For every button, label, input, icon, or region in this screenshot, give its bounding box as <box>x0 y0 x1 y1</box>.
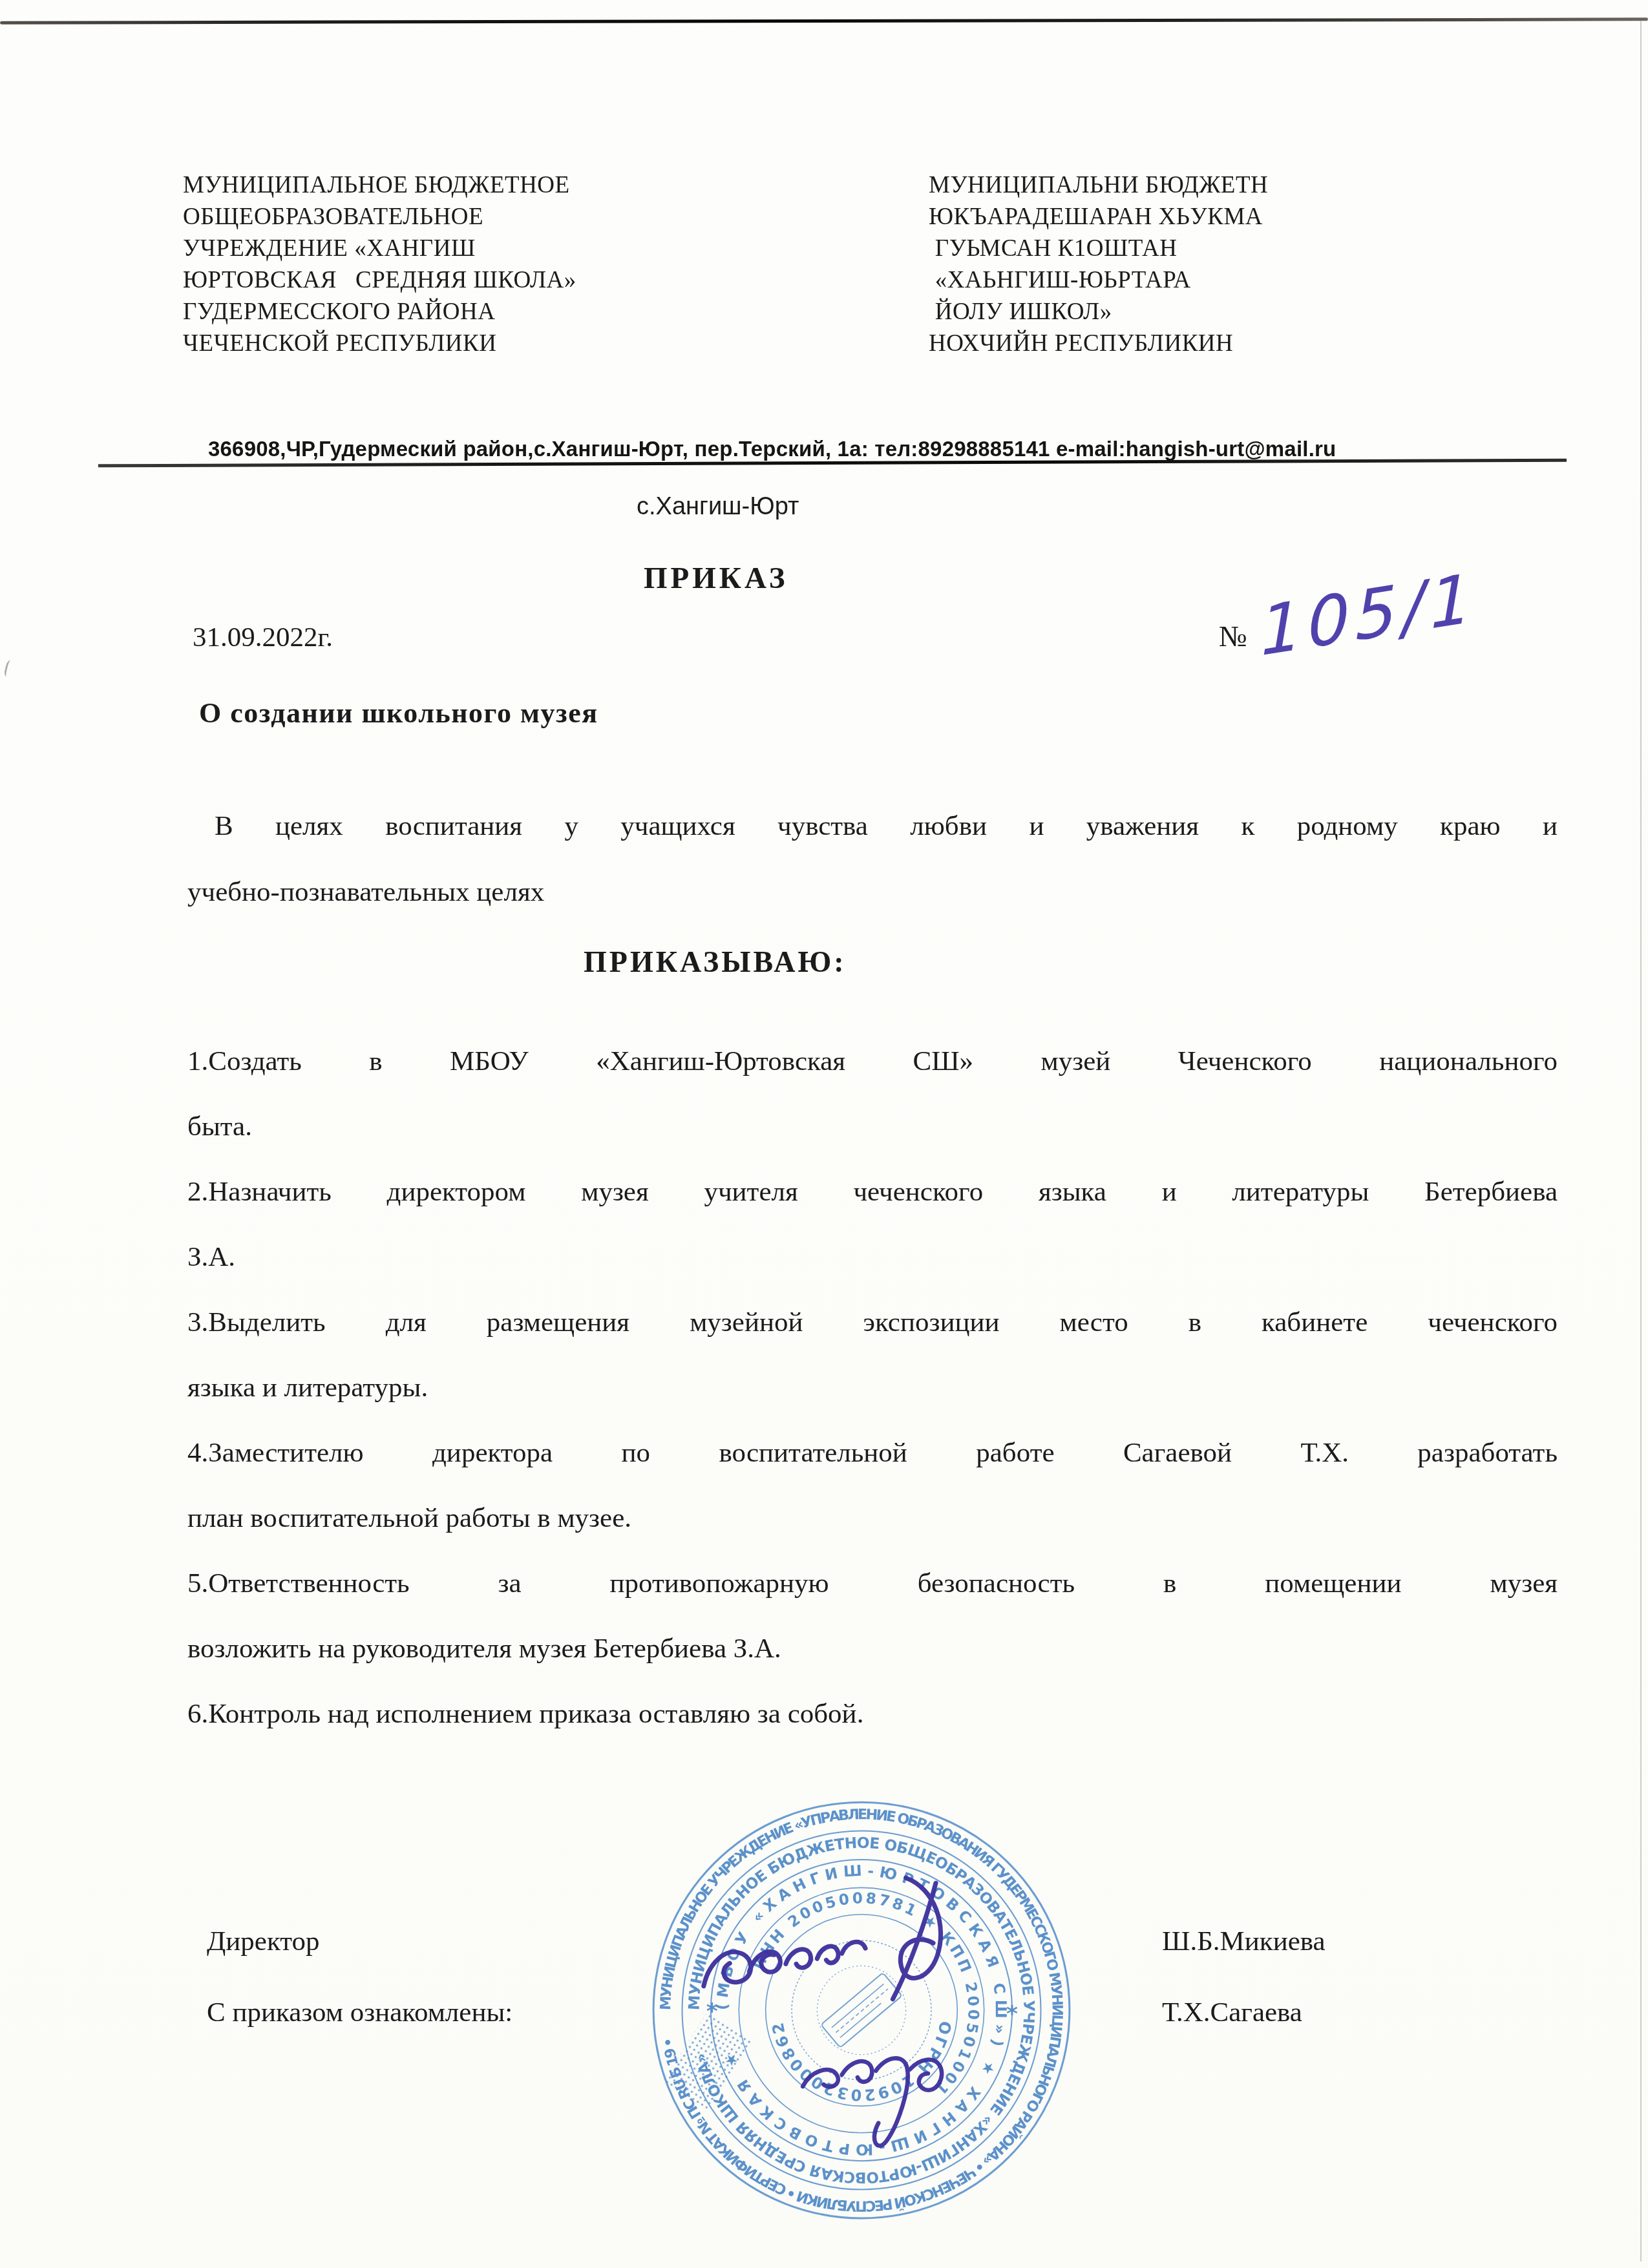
org-right-line-1: МУНИЦИПАЛЬНИ БЮДЖЕТН <box>929 169 1497 201</box>
org-left-line-1: МУНИЦИПАЛЬНОЕ БЮДЖЕТНОЕ <box>183 169 674 201</box>
resolve-word: ПРИКАЗЫВАЮ: <box>584 945 847 979</box>
stamp-ring-inn-text: ИНН 2005008781 ★ КПП 200501001 <box>750 1889 982 2099</box>
scan-artifact-right-edge-line <box>1640 21 1642 2262</box>
org-right-line-6: НОХЧИЙН РЕСПУБЛИКИН <box>929 328 1497 359</box>
org-name-chechen: МУНИЦИПАЛЬНИ БЮДЖЕТН ЮКЪАРАДЕШАРАН ХЬУКМ… <box>929 169 1497 359</box>
acknowledged-name: Т.Х.Сагаева <box>1162 1997 1302 2028</box>
address-contact-line: 366908,ЧР,Гудермеский район,с.Хангиш-Юрт… <box>208 437 1539 461</box>
org-name-russian: МУНИЦИПАЛЬНОЕ БЮДЖЕТНОЕ ОБЩЕОБРАЗОВАТЕЛЬ… <box>183 169 674 359</box>
svg-text:ИНН 2005008781 ★ КПП 200501001: ИНН 2005008781 ★ КПП 200501001 <box>750 1889 982 2099</box>
org-left-line-6: ЧЕЧЕНСКОЙ РЕСПУБЛИКИ <box>183 328 674 359</box>
stamp-center-emblem <box>821 1973 902 2048</box>
item-4-line-2: план воспитательной работы в музее. <box>187 1486 1558 1551</box>
item-5-line-2: возложить на руководителя музея Бетербие… <box>187 1616 1558 1681</box>
item-2-line-2: З.А. <box>187 1224 1558 1290</box>
number-sign: № <box>1219 619 1247 653</box>
scan-artifact-mark <box>3 660 16 678</box>
org-left-line-2: ОБЩЕОБРАЗОВАТЕЛЬНОЕ <box>183 201 674 233</box>
org-left-line-3: УЧРЕЖДЕНИЕ «ХАНГИШ <box>183 233 674 264</box>
item-4-line-1: 4.Заместителю директора по воспитательно… <box>187 1420 1558 1486</box>
preamble-line-2: учебно-познавательных целях <box>187 859 1558 925</box>
item-1-line-2: быта. <box>187 1094 1558 1159</box>
order-items-list: 1.Создать в МБОУ «Хангиш-Юртовская СШ» м… <box>187 1029 1558 1747</box>
director-name: Ш.Б.Микиева <box>1162 1926 1326 1957</box>
document-date: 31.09.2022г. <box>193 622 333 653</box>
org-right-line-2: ЮКЪАРАДЕШАРАН ХЬУКМА <box>929 201 1497 233</box>
org-left-line-5: ГУДЕРМЕССКОГО РАЙОНА <box>183 296 674 328</box>
official-round-stamp: МУНИЦИПАЛЬНОЕ УЧРЕЖДЕНИЕ «УПРАВЛЕНИЕ ОБР… <box>646 1789 1077 2225</box>
org-right-line-5: ЙОЛУ ИШКОЛ» <box>929 296 1497 328</box>
acknowledged-label: С приказом ознакомлены: <box>207 1997 512 2028</box>
director-label: Директор <box>207 1926 319 1957</box>
order-number-handwritten: 105/1 <box>1260 558 1478 671</box>
item-3-line-1: 3.Выделить для размещения музейной экспо… <box>187 1290 1558 1355</box>
org-left-line-4: ЮРТОВСКАЯ СРЕДНЯЯ ШКОЛА» <box>183 264 674 296</box>
preamble-line-1: В целях воспитания у учащихся чувства лю… <box>187 793 1558 859</box>
item-6-line-1: 6.Контроль над исполнением приказа остав… <box>187 1681 1558 1747</box>
order-subject: О создании школьного музея <box>199 697 598 730</box>
item-5-line-1: 5.Ответственность за противопожарную без… <box>187 1551 1558 1616</box>
stamp-star-right: * <box>1006 2001 1018 2027</box>
scanned-order-document: МУНИЦИПАЛЬНОЕ БЮДЖЕТНОЕ ОБЩЕОБРАЗОВАТЕЛЬ… <box>0 0 1648 2268</box>
svg-text:МУНИЦИПАЛЬНОЕ БЮДЖЕТНОЕ ОБЩЕОБ: МУНИЦИПАЛЬНОЕ БЮДЖЕТНОЕ ОБЩЕОБРАЗОВАТЕЛЬ… <box>685 1834 1037 2187</box>
stamp-ring-middle-text: МУНИЦИПАЛЬНОЕ БЮДЖЕТНОЕ ОБЩЕОБРАЗОВАТЕЛЬ… <box>685 1834 1037 2187</box>
org-right-line-3: ГУЬМСАН К1ОШТАН <box>929 233 1497 264</box>
scan-artifact-top-line <box>0 17 1648 24</box>
item-2-line-1: 2.Назначить директором музея учителя чеч… <box>187 1159 1558 1224</box>
settlement-name: с.Хангиш-Юрт <box>637 493 799 521</box>
item-3-line-2: языка и литературы. <box>187 1355 1558 1420</box>
item-1-line-1: 1.Создать в МБОУ «Хангиш-Юртовская СШ» м… <box>187 1029 1558 1094</box>
document-type-title: ПРИКАЗ <box>644 561 788 596</box>
preamble-paragraph: В целях воспитания у учащихся чувства лю… <box>187 793 1558 925</box>
org-right-line-4: «ХАЬНГИШ-ЮЬРТАРА <box>929 264 1497 296</box>
